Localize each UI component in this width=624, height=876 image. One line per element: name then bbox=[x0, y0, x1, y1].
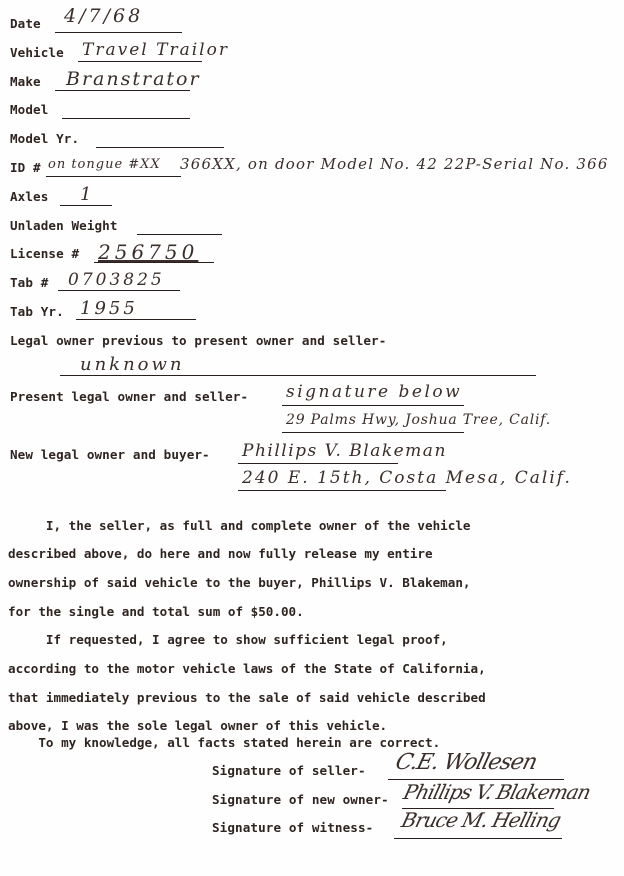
id-label: ID # bbox=[10, 160, 41, 175]
make-label: Make bbox=[10, 74, 41, 89]
date-label: Date bbox=[10, 16, 41, 31]
new-owner-signature-label: Signature of new owner- bbox=[212, 792, 389, 807]
date-underline bbox=[55, 32, 182, 33]
axles-label: Axles bbox=[10, 189, 48, 204]
axles-underline bbox=[60, 205, 112, 206]
witness-signature-label: Signature of witness- bbox=[212, 820, 373, 835]
present-owner-underline bbox=[282, 405, 464, 406]
license-label: License # bbox=[10, 246, 79, 261]
axles-value[interactable]: 1 bbox=[80, 184, 91, 205]
tab-year-label: Tab Yr. bbox=[10, 304, 64, 319]
body-paragraph-2-line-3: that immediately previous to the sale of… bbox=[8, 690, 486, 705]
vehicle-label: Vehicle bbox=[10, 45, 64, 60]
unladen-weight-underline[interactable] bbox=[137, 234, 222, 235]
tab-label: Tab # bbox=[10, 275, 48, 290]
present-owner-address[interactable]: 29 Palms Hwy, Joshua Tree, Calif. bbox=[286, 412, 551, 428]
tab-underline bbox=[58, 290, 180, 291]
model-year-label: Model Yr. bbox=[10, 131, 79, 146]
witness-signature-line bbox=[394, 838, 562, 839]
body-paragraph-1-line-3: ownership of said vehicle to the buyer, … bbox=[8, 575, 471, 590]
previous-owner-label: Legal owner previous to present owner an… bbox=[10, 333, 386, 348]
bill-of-sale-document: Date 4/7/68 Vehicle Travel Trailor Make … bbox=[0, 0, 624, 876]
new-owner-address-underline bbox=[238, 490, 446, 491]
id-value-rest[interactable]: 366XX, on door Model No. 42 22P-Serial N… bbox=[180, 155, 609, 173]
new-owner-address[interactable]: 240 E. 15th, Costa Mesa, Calif. bbox=[242, 468, 572, 488]
license-value[interactable]: 256750 bbox=[98, 240, 198, 264]
vehicle-value[interactable]: Travel Trailor bbox=[82, 40, 229, 60]
body-paragraph-1-line-1: I, the seller, as full and complete owne… bbox=[8, 518, 471, 533]
make-value[interactable]: Branstrator bbox=[66, 68, 201, 90]
tab-value[interactable]: 0703825 bbox=[68, 270, 165, 290]
unladen-weight-label: Unladen Weight bbox=[10, 218, 118, 233]
model-year-underline[interactable] bbox=[96, 147, 224, 148]
seller-signature-label: Signature of seller- bbox=[212, 763, 366, 778]
id-value-underlined[interactable]: on tongue #XX bbox=[48, 157, 161, 172]
present-owner-label: Present legal owner and seller- bbox=[10, 389, 248, 404]
tab-year-value[interactable]: 1955 bbox=[80, 298, 138, 319]
new-owner-value[interactable]: Phillips V. Blakeman bbox=[242, 441, 447, 461]
body-paragraph-2-line-1: If requested, I agree to show sufficient… bbox=[8, 632, 448, 647]
id-underline bbox=[46, 176, 181, 177]
previous-owner-value[interactable]: unknown bbox=[80, 354, 185, 375]
make-underline bbox=[55, 90, 190, 91]
model-underline[interactable] bbox=[62, 118, 190, 119]
new-owner-underline bbox=[238, 463, 398, 464]
body-paragraph-1-line-4: for the single and total sum of $50.00. bbox=[8, 604, 304, 619]
seller-signature[interactable]: C.E. Wollesen bbox=[393, 750, 539, 775]
new-owner-signature[interactable]: Phillips V. Blakeman bbox=[401, 780, 593, 804]
body-paragraph-1-line-2: described above, do here and now fully r… bbox=[8, 546, 433, 561]
witness-signature[interactable]: Bruce M. Helling bbox=[399, 808, 563, 832]
date-value[interactable]: 4/7/68 bbox=[64, 5, 143, 27]
new-owner-label: New legal owner and buyer- bbox=[10, 447, 210, 462]
body-paragraph-2-line-4: above, I was the sole legal owner of thi… bbox=[8, 718, 387, 733]
tab-year-underline bbox=[76, 319, 196, 320]
present-owner-address-underline bbox=[282, 432, 464, 433]
closing-statement: To my knowledge, all facts stated herein… bbox=[8, 735, 440, 750]
present-owner-value[interactable]: signature below bbox=[286, 382, 462, 402]
model-label: Model bbox=[10, 102, 48, 117]
vehicle-underline bbox=[78, 61, 202, 62]
previous-owner-underline bbox=[60, 375, 536, 376]
body-paragraph-2-line-2: according to the motor vehicle laws of t… bbox=[8, 661, 486, 676]
